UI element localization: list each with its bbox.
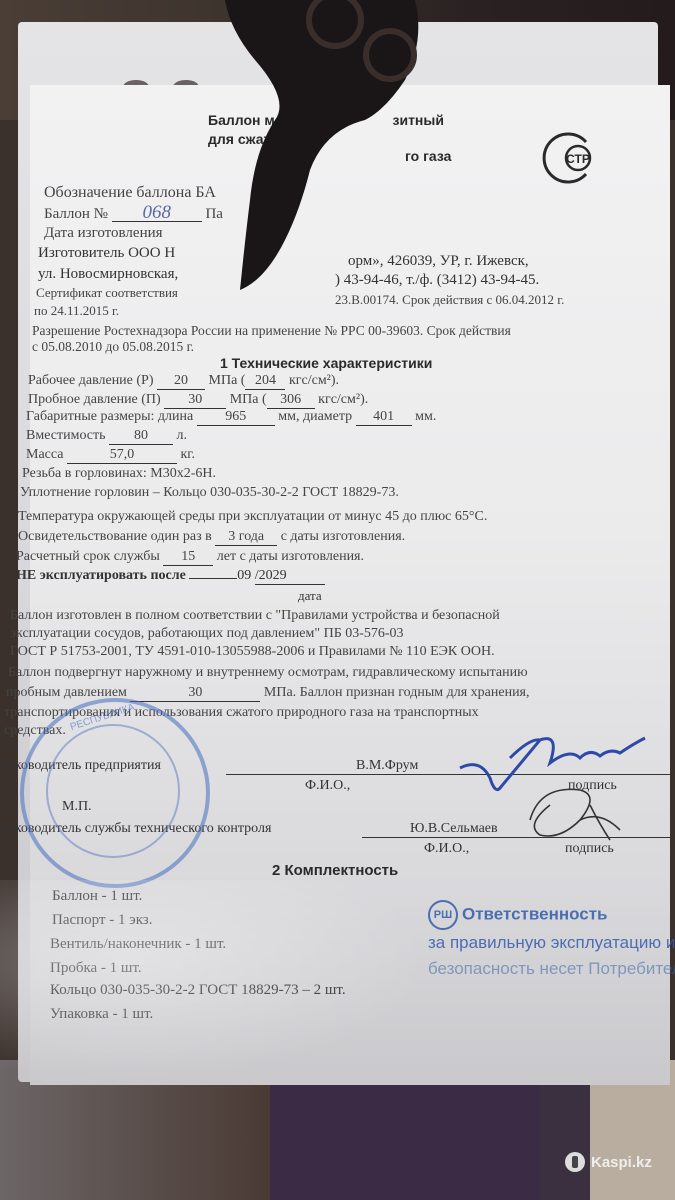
working-pressure-row: Рабочее давление (Р) 20 МПа (204 кгс/см²…: [28, 372, 339, 390]
fio-caption-2: Ф.И.О.,: [424, 840, 469, 857]
thread-row: Резьба в горловинах: М30х2-6Н.: [22, 465, 216, 482]
certificate-line1b: 23.В.00174. Срок действия с 06.04.2012 г…: [335, 291, 564, 308]
official-stamp: РЕСПУБЛИКА: [20, 698, 210, 888]
responsibility-stamp: РШОтветственность за правильную эксплуат…: [428, 900, 675, 982]
service-life-row: Расчетный срок службы 15 лет с даты изго…: [16, 548, 364, 566]
seal-row: Уплотнение горловин – Кольцо 030-035-30-…: [20, 484, 399, 501]
certificate-line1a: Сертификат соответствия: [36, 284, 178, 301]
cylinder-number-row: Баллон № 068 Па: [44, 204, 223, 223]
designation-label: Обозначение баллона БА: [44, 184, 216, 201]
inspection-row: Освидетельствование один раз в 3 года с …: [18, 528, 405, 546]
temperature-row: Температура окружающей среды при эксплуа…: [18, 508, 487, 525]
mass-row: Масса 57,0 кг.: [26, 446, 195, 464]
do-not-use-after-row: НЕ эксплуатировать после 09 /2029: [16, 567, 325, 585]
kaspi-logo-icon: [565, 1152, 585, 1172]
certificate-line2: по 24.11.2015 г.: [34, 302, 119, 319]
pui-badge-icon: РШ: [428, 900, 458, 930]
kaspi-watermark: Kaspi.kz: [565, 1152, 652, 1172]
test-line1: Баллон подвергнут наружному и внутреннем…: [8, 664, 528, 681]
test-line2: пробным давлением 30 МПа. Баллон признан…: [6, 684, 530, 702]
date-caption: дата: [298, 587, 322, 604]
manufacturer-line1a: Изготовитель ООО Н: [38, 245, 175, 262]
permit-line2: с 05.08.2010 до 05.08.2015 г.: [32, 338, 194, 355]
compliance-line1: Баллон изготовлен в полном соответствии …: [10, 607, 500, 624]
svg-text:СТР: СТР: [566, 152, 590, 166]
permit-line1: Разрешение Ростехнадзора России на приме…: [32, 322, 511, 339]
sleeve-glare: [0, 880, 430, 1080]
cylinder-number-value: 068: [112, 204, 202, 222]
section2-heading: 2 Комплектность: [272, 862, 398, 879]
certification-logo-icon: СТР: [538, 128, 598, 188]
signature-selmaev-icon: [520, 780, 640, 850]
manufacture-date-label: Дата изготовления: [44, 225, 163, 242]
capacity-row: Вместимость 80 л.: [26, 427, 187, 445]
dimensions-row: Габаритные размеры: длина 965 мм, диамет…: [26, 408, 436, 426]
fio-caption: Ф.И.О.,: [305, 777, 350, 794]
manufacturer-line2a: ул. Новосмирновская,: [38, 266, 178, 283]
test-pressure-row: Пробное давление (П) 30 МПа (306 кгс/см²…: [28, 391, 368, 409]
rubber-object-overlay: [215, 0, 435, 290]
compliance-line3: ГОСТ Р 51753-2001, ТУ 4591-010-13055988-…: [10, 643, 495, 660]
compliance-line2: эксплуатации сосудов, работающих под дав…: [10, 625, 404, 642]
section1-heading: 1 Технические характеристики: [220, 355, 432, 372]
